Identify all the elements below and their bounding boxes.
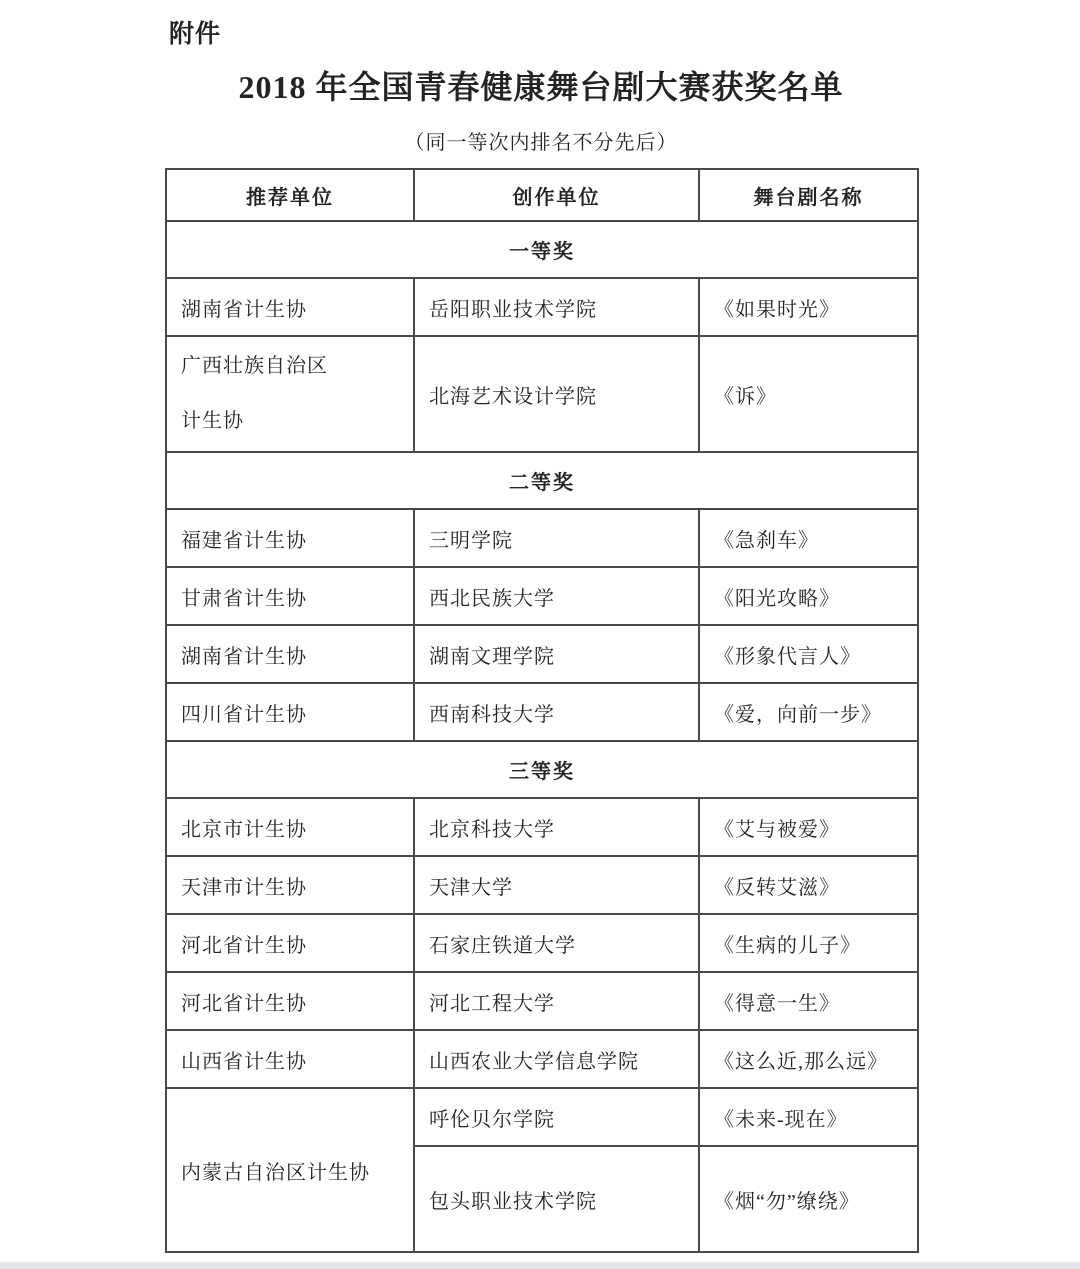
table-row: 河北省计生协石家庄铁道大学《生病的儿子》 bbox=[166, 914, 918, 972]
award-section-label: 二等奖 bbox=[166, 452, 918, 509]
recommender-cell: 天津市计生协 bbox=[166, 856, 414, 914]
table-row: 福建省计生协三明学院《急刹车》 bbox=[166, 509, 918, 567]
award-section-row: 一等奖 bbox=[166, 221, 918, 278]
play-title-cell: 《反转艾滋》 bbox=[699, 856, 918, 914]
play-title-cell: 《阳光攻略》 bbox=[699, 567, 918, 625]
recommender-cell: 湖南省计生协 bbox=[166, 278, 414, 336]
table-row: 山西省计生协山西农业大学信息学院《这么近,那么远》 bbox=[166, 1030, 918, 1088]
award-section-label: 三等奖 bbox=[166, 741, 918, 798]
creator-cell: 西北民族大学 bbox=[414, 567, 699, 625]
table-row: 内蒙古自治区计生协呼伦贝尔学院《未来-现在》 bbox=[166, 1088, 918, 1146]
creator-cell: 山西农业大学信息学院 bbox=[414, 1030, 699, 1088]
recommender-cell: 广西壮族自治区 计生协 bbox=[166, 336, 414, 452]
play-title-cell: 《爱，向前一步》 bbox=[699, 683, 918, 741]
award-section-row: 三等奖 bbox=[166, 741, 918, 798]
table-row: 河北省计生协河北工程大学《得意一生》 bbox=[166, 972, 918, 1030]
play-title-cell: 《艾与被爱》 bbox=[699, 798, 918, 856]
award-section-row: 二等奖 bbox=[166, 452, 918, 509]
recommender-cell: 山西省计生协 bbox=[166, 1030, 414, 1088]
award-table: 推荐单位创作单位舞台剧名称 一等奖湖南省计生协岳阳职业技术学院《如果时光》广西壮… bbox=[165, 168, 919, 1253]
creator-cell: 包头职业技术学院 bbox=[414, 1146, 699, 1252]
page-title: 2018 年全国青春健康舞台剧大赛获奖名单 bbox=[85, 62, 997, 108]
creator-cell: 岳阳职业技术学院 bbox=[414, 278, 699, 336]
creator-cell: 三明学院 bbox=[414, 509, 699, 567]
table-row: 甘肃省计生协西北民族大学《阳光攻略》 bbox=[166, 567, 918, 625]
creator-cell: 北海艺术设计学院 bbox=[414, 336, 699, 452]
creator-cell: 天津大学 bbox=[414, 856, 699, 914]
creator-cell: 呼伦贝尔学院 bbox=[414, 1088, 699, 1146]
column-header: 舞台剧名称 bbox=[699, 169, 918, 221]
attachment-label: 附件 bbox=[169, 14, 221, 50]
creator-cell: 西南科技大学 bbox=[414, 683, 699, 741]
recommender-cell: 内蒙古自治区计生协 bbox=[166, 1088, 414, 1252]
table-row: 湖南省计生协湖南文理学院《形象代言人》 bbox=[166, 625, 918, 683]
play-title-cell: 《形象代言人》 bbox=[699, 625, 918, 683]
play-title-cell: 《急刹车》 bbox=[699, 509, 918, 567]
recommender-cell: 湖南省计生协 bbox=[166, 625, 414, 683]
play-title-cell: 《得意一生》 bbox=[699, 972, 918, 1030]
play-title-cell: 《诉》 bbox=[699, 336, 918, 452]
award-section-label: 一等奖 bbox=[166, 221, 918, 278]
creator-cell: 河北工程大学 bbox=[414, 972, 699, 1030]
recommender-cell: 河北省计生协 bbox=[166, 972, 414, 1030]
table-header-row: 推荐单位创作单位舞台剧名称 bbox=[166, 169, 918, 221]
creator-cell: 北京科技大学 bbox=[414, 798, 699, 856]
play-title-cell: 《这么近,那么远》 bbox=[699, 1030, 918, 1088]
play-title-cell: 《如果时光》 bbox=[699, 278, 918, 336]
recommender-cell: 四川省计生协 bbox=[166, 683, 414, 741]
recommender-cell: 甘肃省计生协 bbox=[166, 567, 414, 625]
recommender-cell: 北京市计生协 bbox=[166, 798, 414, 856]
page-bottom-strip bbox=[0, 1262, 1080, 1269]
table-row: 四川省计生协西南科技大学《爱，向前一步》 bbox=[166, 683, 918, 741]
table-row: 广西壮族自治区 计生协北海艺术设计学院《诉》 bbox=[166, 336, 918, 452]
table-row: 湖南省计生协岳阳职业技术学院《如果时光》 bbox=[166, 278, 918, 336]
page-subtitle: （同一等次内排名不分先后） bbox=[165, 126, 917, 155]
creator-cell: 石家庄铁道大学 bbox=[414, 914, 699, 972]
creator-cell: 湖南文理学院 bbox=[414, 625, 699, 683]
recommender-cell: 河北省计生协 bbox=[166, 914, 414, 972]
table-row: 天津市计生协天津大学《反转艾滋》 bbox=[166, 856, 918, 914]
play-title-cell: 《烟“勿”缭绕》 bbox=[699, 1146, 918, 1252]
table-row: 北京市计生协北京科技大学《艾与被爱》 bbox=[166, 798, 918, 856]
column-header: 创作单位 bbox=[414, 169, 699, 221]
column-header: 推荐单位 bbox=[166, 169, 414, 221]
recommender-cell: 福建省计生协 bbox=[166, 509, 414, 567]
play-title-cell: 《未来-现在》 bbox=[699, 1088, 918, 1146]
play-title-cell: 《生病的儿子》 bbox=[699, 914, 918, 972]
